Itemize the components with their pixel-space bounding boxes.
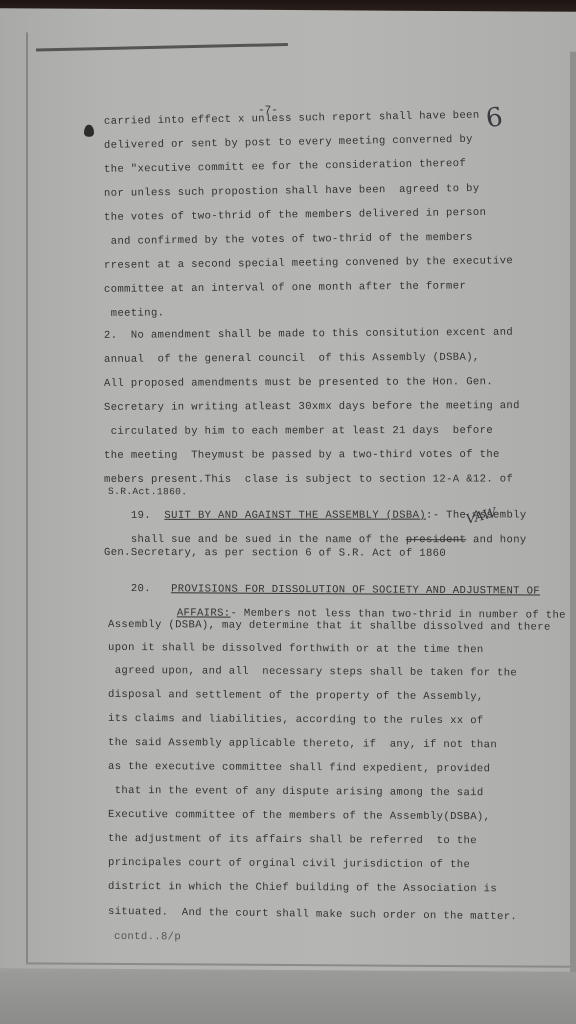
text-line: circulated by him to each member at leas… xyxy=(104,425,493,438)
section-number: 19. xyxy=(131,510,151,522)
text-span: shall sue and be sued in the name of the xyxy=(131,534,399,546)
background-surface xyxy=(0,972,576,1024)
text-line: its claims and liabilities, according to… xyxy=(108,713,484,727)
text-line: Gen.Secretary, as per section 6 of S.R. … xyxy=(104,547,446,560)
text-line: Executive committee of the members of th… xyxy=(108,809,490,823)
text-line: Secretary in writing atleast 30xmx days … xyxy=(104,400,520,414)
page-right-edge xyxy=(570,52,576,1002)
text-line: upon it shall be dissolved forthwith or … xyxy=(108,642,484,656)
text-span: and hony xyxy=(466,534,526,546)
section-heading: SUIT BY AND AGAINST THE ASSEMBLY (DSBA) xyxy=(164,510,426,522)
text-line: the adjustment of its affairs shall be r… xyxy=(108,833,477,847)
text-line: S.R.Act.1860. xyxy=(108,486,187,497)
text-line: principales court of orginal civil juris… xyxy=(108,857,470,871)
text-line: as the executive committee shall find ex… xyxy=(108,761,490,775)
document-page: -7- 6 carried into effect x unless such … xyxy=(0,8,576,972)
text-line: disposal and settlement of the property … xyxy=(108,689,484,703)
text-line: meeting. xyxy=(104,307,165,319)
text-line: the meeting Theymust be passed by a two-… xyxy=(104,449,500,462)
text-line: mebers present.This clase is subject to … xyxy=(104,474,513,486)
text-line: All proposed amendments must be presente… xyxy=(104,376,493,390)
struck-word: president xyxy=(406,534,466,546)
section-heading: AFFAIRS: xyxy=(177,607,231,619)
continued-footer: contd..8/p xyxy=(114,931,181,943)
section-number: 20. xyxy=(131,583,151,595)
text-line: district in which the Chief building of … xyxy=(108,881,497,895)
text-line: the said Assembly applicable thereto, if… xyxy=(108,737,497,751)
text-line: that in the event of any dispute arising… xyxy=(108,785,484,799)
text-line: agreed upon, and all necessary steps sha… xyxy=(108,665,517,679)
text-line: annual of the general council of this As… xyxy=(104,352,480,366)
ink-blot-icon xyxy=(84,125,94,137)
